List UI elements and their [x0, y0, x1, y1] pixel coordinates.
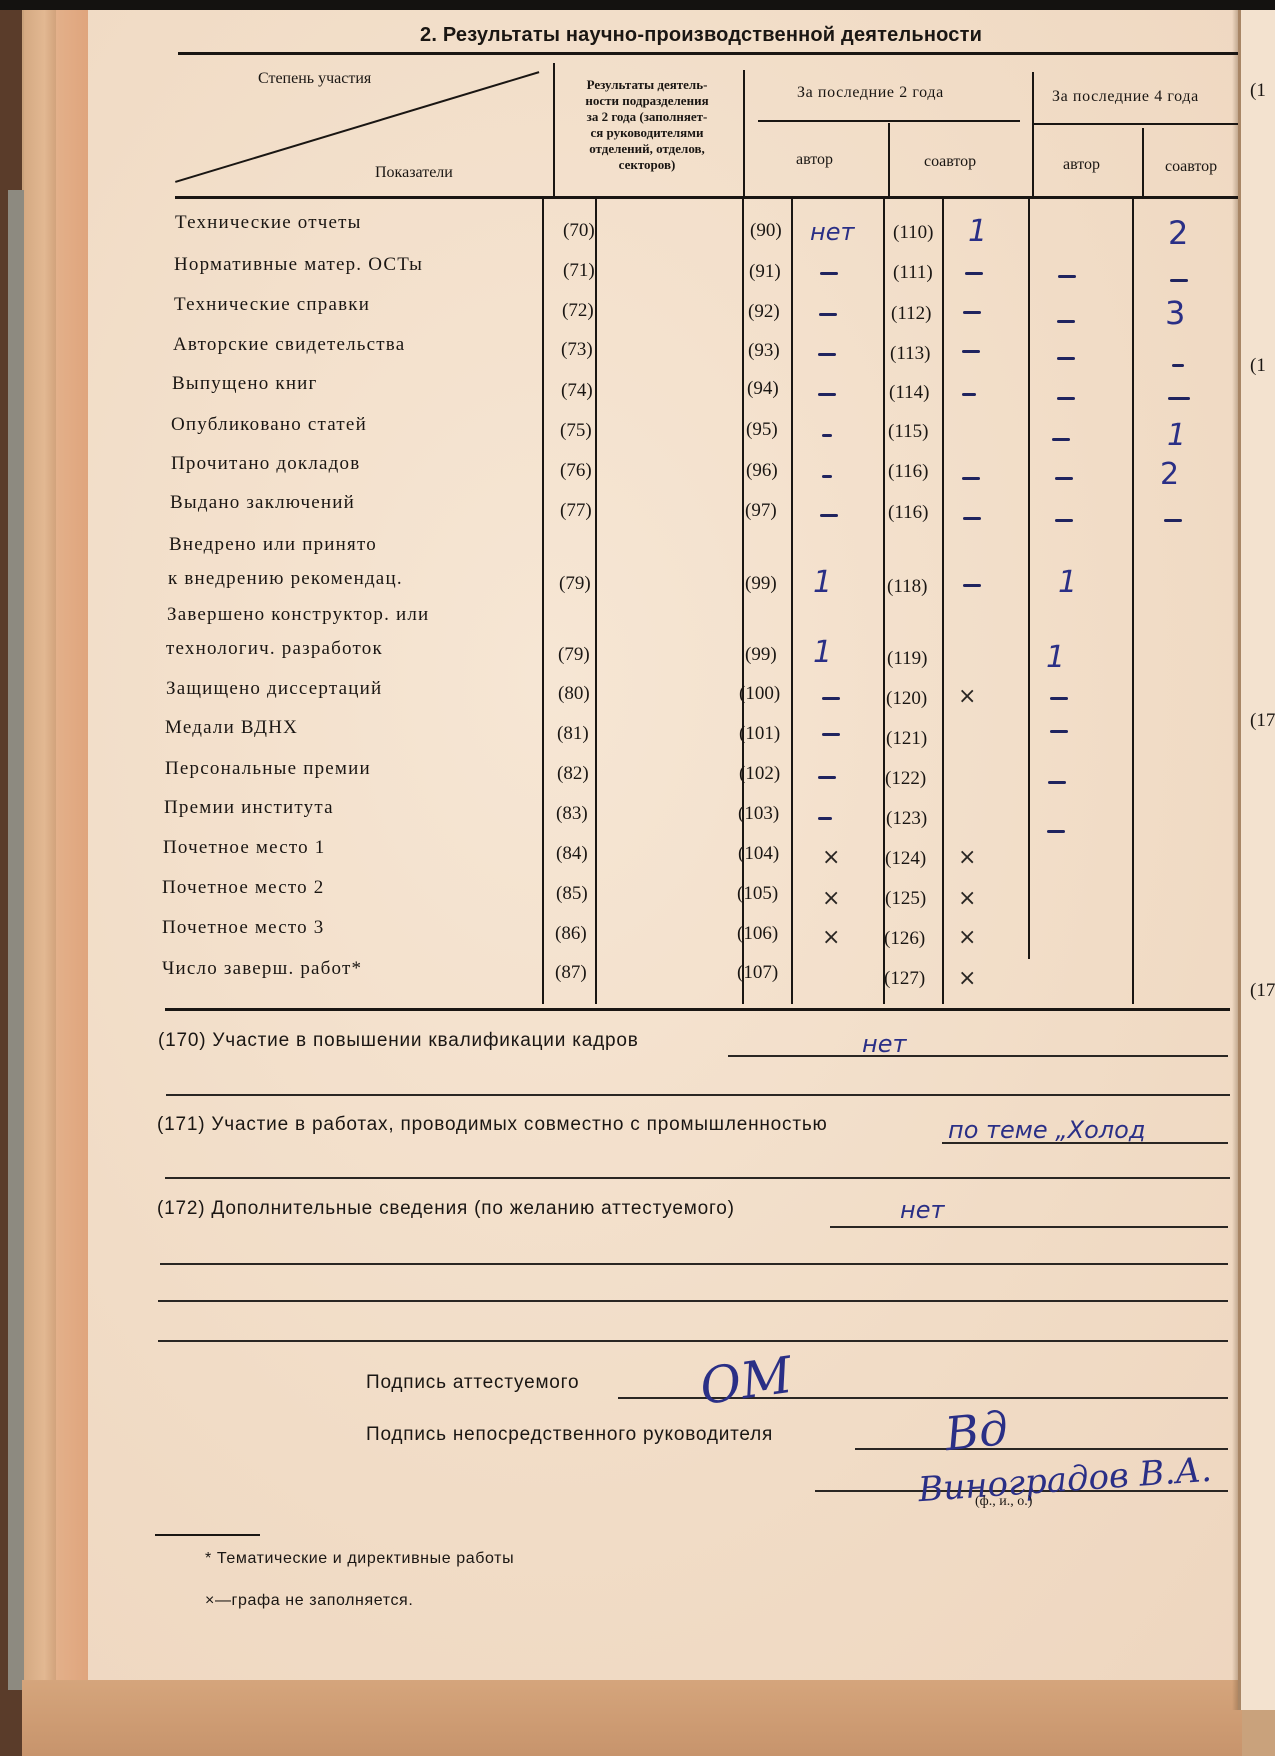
c2-code: (121) — [886, 728, 927, 750]
body-col-line-2 — [595, 199, 597, 1004]
last2-header: За последние 2 года — [797, 84, 944, 102]
dept-code: (85) — [556, 883, 588, 905]
a2-code: (94) — [747, 378, 779, 400]
cross-mark: × — [958, 925, 976, 950]
c2-code: (110) — [893, 222, 933, 244]
value-c4-tech-reports: 2 — [1168, 214, 1188, 252]
col-divider-a2 — [888, 123, 890, 196]
value-c4-reports-read: 2 — [1160, 457, 1179, 492]
dept-header-line: секторов) — [562, 157, 732, 173]
c2-code: (125) — [885, 888, 926, 910]
corner-top-label: Степень участия — [258, 70, 371, 88]
dash-mark — [1164, 519, 1182, 522]
dept-code: (80) — [558, 683, 590, 705]
a2-code: (93) — [748, 340, 780, 362]
c2-code: (120) — [886, 688, 927, 710]
row-label-vdnh: Медали ВДНХ — [165, 717, 298, 739]
body-col-line-8 — [1132, 199, 1134, 1004]
a2-code: (103) — [738, 803, 779, 825]
body-col-line-7 — [1028, 199, 1030, 959]
dept-code: (79) — [558, 644, 590, 666]
row-label-reports-read: Прочитано докладов — [171, 453, 360, 475]
section-title: 2. Результаты научно-производственной де… — [420, 24, 982, 47]
field-171-label: (171) Участие в работах, проводимых совм… — [157, 1114, 828, 1136]
a2-code: (101) — [739, 723, 780, 745]
a2-code: (106) — [737, 923, 778, 945]
dept-code: (72) — [562, 300, 594, 322]
a2-code: (100) — [739, 683, 780, 705]
a2-code: (90) — [750, 220, 782, 242]
a2-code: (99) — [745, 573, 777, 595]
dept-header-line: за 2 года (заполняет- — [562, 109, 732, 125]
margin-code: (17 — [1250, 710, 1275, 732]
dash-mark — [818, 776, 836, 779]
col-divider-last2 — [743, 70, 745, 196]
dash-mark — [1168, 397, 1190, 400]
a2-code: (104) — [738, 843, 779, 865]
dash-mark — [1052, 438, 1070, 441]
field-172-line-4 — [158, 1340, 1228, 1342]
margin-code: (17 — [1250, 980, 1275, 1002]
value-c4-tech-notes: 3 — [1165, 294, 1185, 332]
dash-mark — [1057, 357, 1075, 360]
footnote-asterisk: * Тематические и директивные работы — [205, 1550, 514, 1568]
adjacent-page — [1238, 10, 1275, 1710]
dash-mark — [962, 477, 980, 480]
c2-code: (122) — [885, 768, 926, 790]
dash-mark — [1170, 279, 1188, 282]
c2-code: (124) — [885, 848, 926, 870]
dash-mark — [963, 517, 981, 520]
dash-mark — [818, 817, 832, 820]
a2-code: (96) — [746, 460, 778, 482]
row-label-place-2: Почетное место 2 — [162, 877, 324, 899]
row-label-personal-prizes: Персональные премии — [165, 758, 371, 780]
a2-code: (102) — [739, 763, 780, 785]
row-label-completed-2: технологич. разработок — [166, 638, 383, 660]
value-c4-articles: 1 — [1167, 418, 1186, 453]
a2-code: (95) — [746, 419, 778, 441]
col-divider-a4 — [1142, 128, 1144, 198]
row-label-articles: Опубликовано статей — [171, 414, 367, 436]
dash-mark — [962, 350, 980, 353]
dept-code: (75) — [560, 420, 592, 442]
dept-code: (77) — [560, 500, 592, 522]
last4-subrule — [1032, 123, 1238, 125]
dash-mark — [1055, 519, 1073, 522]
body-col-line-4 — [791, 199, 793, 1004]
body-col-line-5 — [883, 199, 885, 1004]
dash-mark — [1050, 730, 1068, 733]
a2-code: (99) — [745, 644, 777, 666]
last2-subrule — [758, 120, 1020, 122]
dept-header-line: Результаты деятель- — [562, 77, 732, 93]
body-col-line-6 — [942, 199, 944, 1004]
c2-code: (114) — [889, 382, 929, 404]
dash-mark — [818, 353, 836, 356]
corner-bottom-label: Показатели — [375, 164, 453, 182]
value-a4-completed: 1 — [1046, 640, 1065, 675]
dash-mark — [965, 272, 983, 275]
dash-mark — [822, 434, 832, 437]
value-a4-implemented: 1 — [1058, 565, 1077, 600]
bottom-board — [22, 1680, 1242, 1756]
a2-code: (91) — [749, 261, 781, 283]
field-171-value[interactable]: по теме „Холод — [948, 1116, 1145, 1144]
table-bottom-rule — [165, 1008, 1230, 1011]
cross-mark: × — [958, 684, 976, 709]
c2-code: (116) — [888, 461, 928, 483]
row-label-place-3: Почетное место 3 — [162, 917, 324, 939]
dept-header-line: отделений, отделов, — [562, 141, 732, 157]
dash-mark — [819, 313, 837, 316]
last2-coauthor-header: соавтор — [924, 153, 976, 171]
book-cover-inner — [8, 190, 24, 1690]
supervisor-signature[interactable]: Вд — [942, 1401, 1010, 1461]
top-edge — [0, 0, 1275, 10]
field-172-line — [830, 1226, 1228, 1228]
c2-code: (112) — [891, 303, 931, 325]
field-170-value[interactable]: нет — [862, 1030, 906, 1058]
field-172-value[interactable]: нет — [900, 1196, 944, 1224]
dash-mark — [962, 393, 976, 396]
dash-mark — [822, 733, 840, 736]
a2-code: (97) — [745, 500, 777, 522]
c2-code: (126) — [884, 928, 925, 950]
dash-mark — [822, 697, 840, 700]
dept-header-line: ности подразделения — [562, 93, 732, 109]
row-label-author-certs: Авторские свидетельства — [173, 334, 405, 356]
row-label-conclusions: Выдано заключений — [170, 492, 355, 514]
dash-mark — [1055, 477, 1073, 480]
field-170-line — [728, 1055, 1228, 1057]
dash-mark — [1048, 781, 1066, 784]
c2-code: (115) — [888, 421, 928, 443]
dash-mark — [1050, 697, 1068, 700]
cross-mark: × — [958, 886, 976, 911]
dept-code: (81) — [557, 723, 589, 745]
dash-mark — [820, 272, 838, 275]
col-divider-dept — [553, 63, 555, 196]
dept-code: (86) — [555, 923, 587, 945]
cross-mark: × — [822, 886, 840, 911]
binding-strip — [24, 10, 58, 1756]
table-top-rule — [178, 52, 1238, 55]
supervisor-signature-label: Подпись непосредственного руководителя — [366, 1424, 773, 1446]
c2-code: (118) — [887, 576, 927, 598]
dash-mark — [1047, 830, 1065, 833]
cross-mark: × — [822, 845, 840, 870]
row-label-tech-reports: Технические отчеты — [175, 212, 362, 234]
c2-code: (113) — [890, 343, 930, 365]
value-a2-tech-reports: нет — [810, 218, 854, 246]
body-col-line-1 — [542, 199, 544, 1004]
table-header-rule — [175, 196, 1238, 199]
dash-mark — [1057, 320, 1075, 323]
dept-code: (87) — [555, 962, 587, 984]
field-172-line-2 — [160, 1263, 1228, 1265]
c2-code: (116) — [888, 502, 928, 524]
dept-header-line: ся руководителями — [562, 125, 732, 141]
field-171-line-2 — [165, 1177, 1230, 1179]
row-label-place-1: Почетное место 1 — [163, 837, 325, 859]
employee-signature-label: Подпись аттестуемого — [366, 1372, 579, 1394]
field-170-line-2 — [166, 1094, 1230, 1096]
row-label-completed-works: Число заверш. работ* — [162, 958, 362, 980]
dash-mark — [1057, 397, 1075, 400]
dash-mark — [820, 514, 838, 517]
dash-mark — [1058, 275, 1076, 278]
row-label-dissertations: Защищено диссертаций — [166, 678, 382, 700]
cross-mark: × — [958, 845, 976, 870]
dept-code: (84) — [556, 843, 588, 865]
c2-code: (119) — [887, 648, 927, 670]
last4-header: За последние 4 года — [1052, 88, 1199, 106]
a2-code: (105) — [737, 883, 778, 905]
row-label-books: Выпущено книг — [172, 373, 318, 395]
value-c2-tech-reports: 1 — [968, 214, 987, 249]
field-172-label: (172) Дополнительные сведения (по желани… — [157, 1198, 735, 1220]
dash-mark — [822, 475, 832, 478]
footnote-cross: ×—графа не заполняется. — [205, 1592, 413, 1610]
field-172-line-3 — [158, 1300, 1228, 1302]
cross-mark: × — [822, 925, 840, 950]
a2-code: (92) — [748, 301, 780, 323]
dept-code: (70) — [563, 220, 595, 242]
row-label-implemented-2: к внедрению рекомендац. — [168, 568, 403, 590]
row-label-institute-prizes: Премии института — [164, 797, 334, 819]
dept-code: (79) — [559, 573, 591, 595]
dash-mark — [1172, 364, 1184, 367]
value-a2-completed: 1 — [813, 635, 832, 670]
margin-code: (1 — [1250, 355, 1266, 377]
row-label-normative: Нормативные матер. ОСТы — [174, 254, 423, 276]
c2-code: (123) — [886, 808, 927, 830]
row-label-implemented-1: Внедрено или принято — [169, 534, 377, 556]
value-a2-implemented: 1 — [813, 565, 832, 600]
c2-code: (111) — [893, 262, 933, 284]
dept-results-header: Результаты деятель- ности подразделения … — [562, 77, 732, 173]
dash-mark — [963, 311, 981, 314]
dash-mark — [818, 393, 836, 396]
last2-author-header: автор — [796, 151, 833, 169]
c2-code: (127) — [884, 968, 925, 990]
row-label-completed-1: Завершено конструктор. или — [167, 604, 429, 626]
footnote-rule — [155, 1534, 260, 1536]
dept-code: (74) — [561, 380, 593, 402]
dept-code: (71) — [563, 260, 595, 282]
dept-code: (83) — [556, 803, 588, 825]
supervisor-signature-line — [855, 1448, 1228, 1450]
dash-mark — [963, 584, 981, 587]
cross-mark: × — [958, 966, 976, 991]
a2-code: (107) — [737, 962, 778, 984]
dept-code: (76) — [560, 460, 592, 482]
col-divider-last4 — [1032, 72, 1034, 198]
field-170-label: (170) Участие в повышении квалификации к… — [158, 1030, 639, 1052]
last4-author-header: автор — [1063, 156, 1100, 174]
dept-code: (73) — [561, 339, 593, 361]
name-caption: (ф., и., о.) — [975, 1494, 1032, 1510]
last4-coauthor-header: соавтор — [1165, 158, 1217, 176]
binding-strip-2 — [56, 10, 90, 1756]
margin-code: (1 — [1250, 80, 1266, 102]
row-label-tech-notes: Технические справки — [174, 294, 370, 316]
dept-code: (82) — [557, 763, 589, 785]
